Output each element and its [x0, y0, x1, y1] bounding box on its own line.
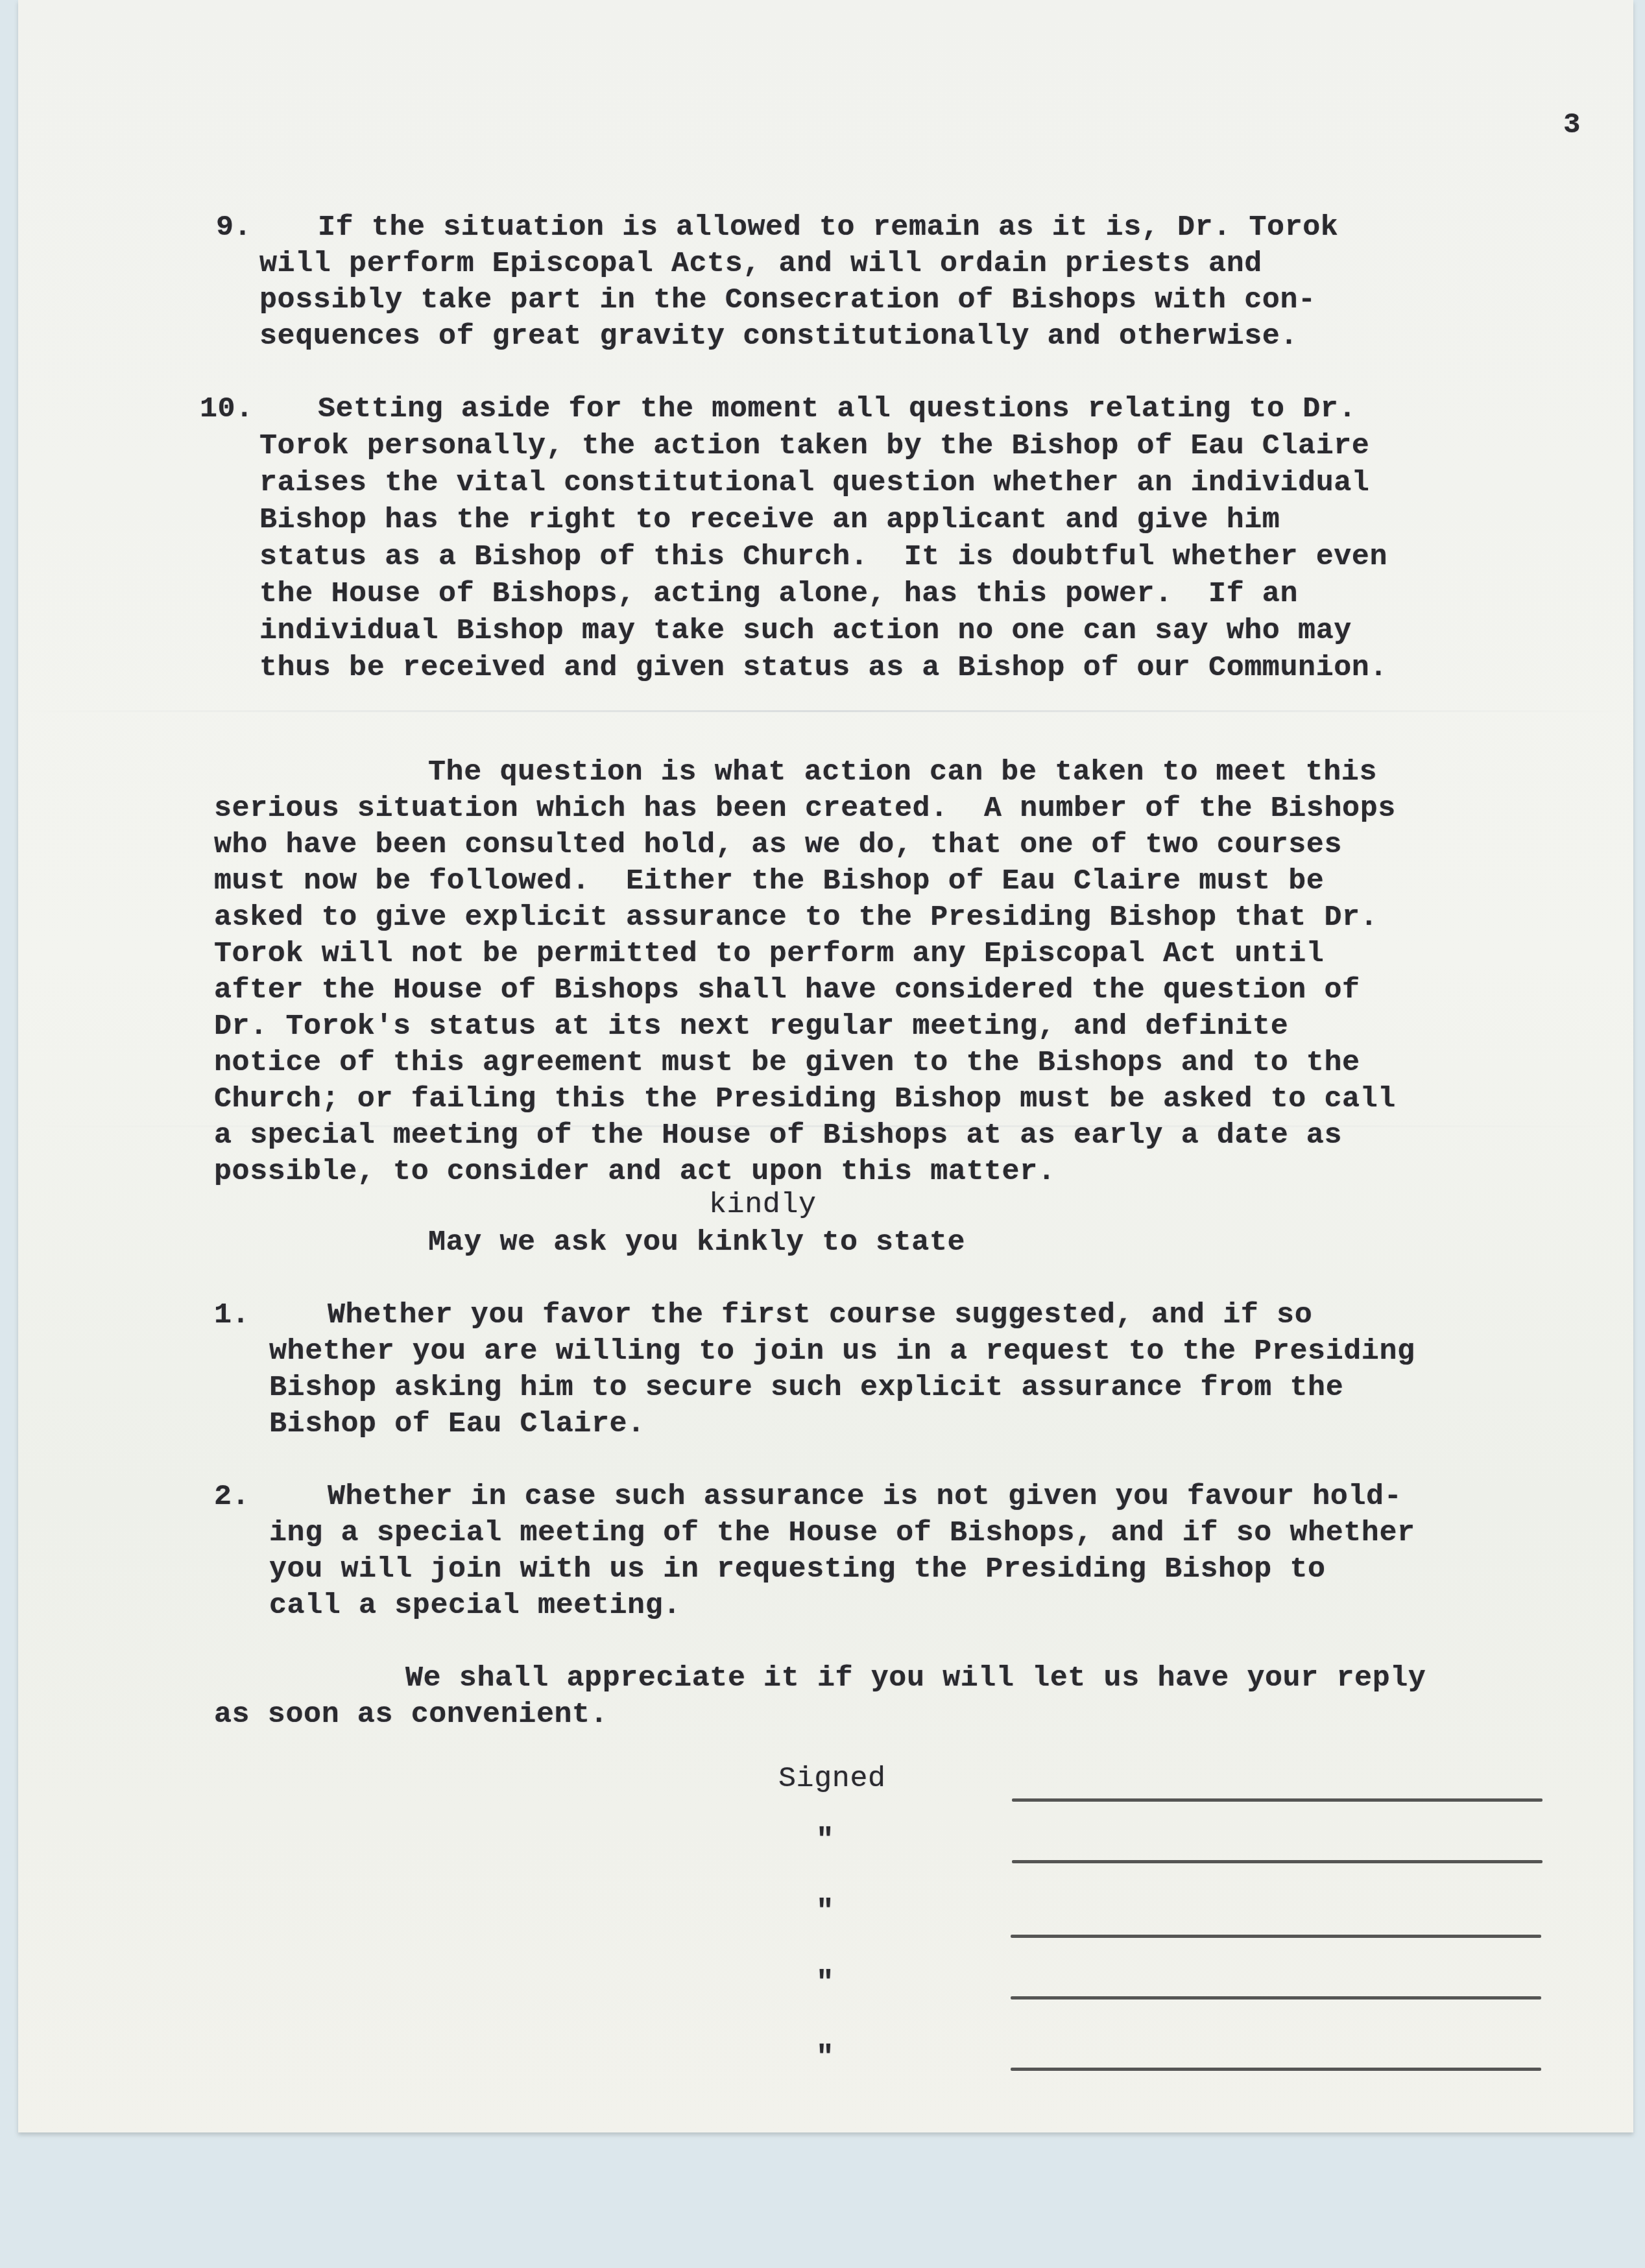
- item-10-line: Bishop has the right to receive an appli…: [259, 502, 1280, 538]
- signature-line[interactable]: [1011, 1935, 1541, 1938]
- question-paragraph-line: must now be followed. Either the Bishop …: [214, 863, 1324, 900]
- question-1-line: Bishop of Eau Claire.: [269, 1406, 645, 1442]
- question-paragraph-line: possible, to consider and act upon this …: [214, 1154, 1055, 1190]
- item-10-line: individual Bishop may take such action n…: [259, 613, 1352, 649]
- question-paragraph-line: a special meeting of the House of Bishop…: [214, 1117, 1342, 1154]
- item-9-line: sequences of great gravity constitutiona…: [259, 318, 1298, 355]
- question-paragraph-line: serious situation which has been created…: [214, 791, 1396, 827]
- signature-line[interactable]: [1011, 2068, 1541, 2071]
- question-1-line: whether you are willing to join us in a …: [269, 1333, 1415, 1370]
- question-1-line: Bishop asking him to secure such explici…: [269, 1370, 1343, 1406]
- item-10-line: Torok personally, the action taken by th…: [259, 428, 1369, 464]
- ditto-mark: ": [816, 2040, 834, 2076]
- closing-line: We shall appreciate it if you will let u…: [405, 1660, 1426, 1697]
- question-paragraph-line: Dr. Torok's status at its next regular m…: [214, 1009, 1288, 1045]
- question-paragraph-line: Torok will not be permitted to perform a…: [214, 936, 1324, 972]
- question-paragraph-line: who have been consulted hold, as we do, …: [214, 827, 1342, 863]
- question-2-line: ing a special meeting of the House of Bi…: [269, 1515, 1415, 1551]
- item-10-line: status as a Bishop of this Church. It is…: [259, 539, 1387, 575]
- ditto-mark: ": [816, 1894, 834, 1930]
- question-1-number: 1.: [214, 1297, 250, 1333]
- request-line: May we ask you kinkly to state: [428, 1224, 965, 1261]
- question-paragraph-line: notice of this agreement must be given t…: [214, 1045, 1360, 1081]
- interlinear-correction: kindly: [709, 1187, 817, 1223]
- ditto-mark: ": [816, 1822, 834, 1859]
- signature-line[interactable]: [1012, 1860, 1543, 1863]
- question-2-line: call a special meeting.: [269, 1588, 681, 1624]
- question-2-line: Whether in case such assurance is not gi…: [328, 1479, 1402, 1515]
- page-number: 3: [1563, 107, 1581, 143]
- item-9-line: If the situation is allowed to remain as…: [318, 209, 1338, 246]
- item-9-line: possibly take part in the Consecration o…: [259, 282, 1316, 318]
- item-9-line: will perform Episcopal Acts, and will or…: [259, 246, 1262, 282]
- item-10-line: raises the vital constitutional question…: [259, 465, 1369, 501]
- item-10-line: Setting aside for the moment all questio…: [318, 391, 1356, 427]
- question-paragraph-line: Church; or failing this the Presiding Bi…: [214, 1081, 1396, 1117]
- closing-line: as soon as convenient.: [214, 1697, 608, 1733]
- ditto-mark: ": [816, 1965, 834, 2001]
- paper-fold-crease: [18, 710, 1633, 712]
- item-10-line: the House of Bishops, acting alone, has …: [259, 576, 1298, 612]
- item-10-line: thus be received and given status as a B…: [259, 650, 1387, 686]
- question-paragraph-line: The question is what action can be taken…: [428, 754, 1377, 791]
- question-2-number: 2.: [214, 1479, 250, 1515]
- signature-line[interactable]: [1011, 1996, 1541, 1999]
- question-1-line: Whether you favor the first course sugge…: [328, 1297, 1312, 1333]
- question-paragraph-line: after the House of Bishops shall have co…: [214, 972, 1360, 1009]
- signature-line[interactable]: [1012, 1798, 1543, 1802]
- signed-label: Signed: [778, 1761, 886, 1797]
- question-2-line: you will join with us in requesting the …: [269, 1551, 1326, 1588]
- item-10-number: 10.: [200, 391, 254, 427]
- item-9-number: 9.: [216, 209, 252, 246]
- question-paragraph-line: asked to give explicit assurance to the …: [214, 900, 1378, 936]
